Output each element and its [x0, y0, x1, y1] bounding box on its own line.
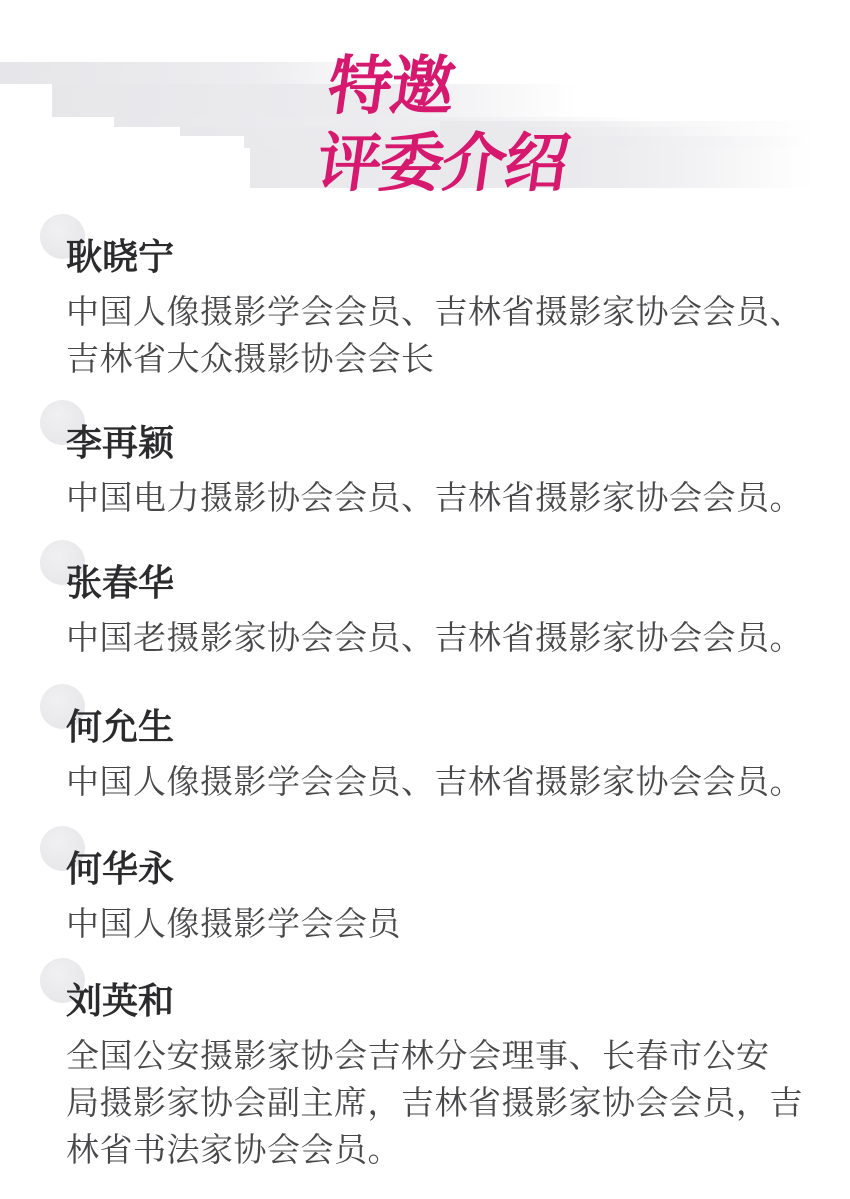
judge-description: 中国人像摄影学会会员、吉林省摄影家协会会员。: [66, 758, 811, 805]
judge-entry: 何华永 中国人像摄影学会会员: [66, 850, 816, 947]
judge-name: 何华永: [66, 850, 816, 887]
judge-name: 李再颖: [66, 424, 816, 461]
judge-entry: 刘英和 全国公安摄影家协会吉林分会理事、长春市公安 局摄影家协会副主席，吉林省摄…: [66, 982, 816, 1173]
judge-name: 何允生: [66, 708, 816, 745]
judge-description: 中国老摄影家协会会员、吉林省摄影家协会会员。: [66, 614, 811, 661]
judge-description: 中国电力摄影协会会员、吉林省摄影家协会会员。: [66, 474, 811, 521]
judge-name: 刘英和: [66, 982, 816, 1019]
judge-name: 张春华: [66, 564, 816, 601]
judge-entry: 何允生 中国人像摄影学会会员、吉林省摄影家协会会员。: [66, 708, 816, 805]
judge-entry: 耿晓宁 中国人像摄影学会会员、吉林省摄影家协会会员、 吉林省大众摄影协会会长: [66, 238, 816, 382]
page: 特邀 评委介绍 耿晓宁 中国人像摄影学会会员、吉林省摄影家协会会员、 吉林省大众…: [0, 0, 850, 1199]
judge-description: 中国人像摄影学会会员: [66, 900, 811, 947]
judge-name: 耿晓宁: [66, 238, 816, 275]
judge-entry: 张春华 中国老摄影家协会会员、吉林省摄影家协会会员。: [66, 564, 816, 661]
judge-description: 中国人像摄影学会会员、吉林省摄影家协会会员、 吉林省大众摄影协会会长: [66, 288, 811, 382]
page-title-line-2: 评委介绍: [312, 125, 573, 202]
page-title: 特邀 评委介绍: [312, 48, 584, 202]
judge-entry: 李再颖 中国电力摄影协会会员、吉林省摄影家协会会员。: [66, 424, 816, 521]
judge-description: 全国公安摄影家协会吉林分会理事、长春市公安 局摄影家协会副主席，吉林省摄影家协会…: [66, 1032, 811, 1173]
page-title-line-1: 特邀: [323, 48, 584, 125]
